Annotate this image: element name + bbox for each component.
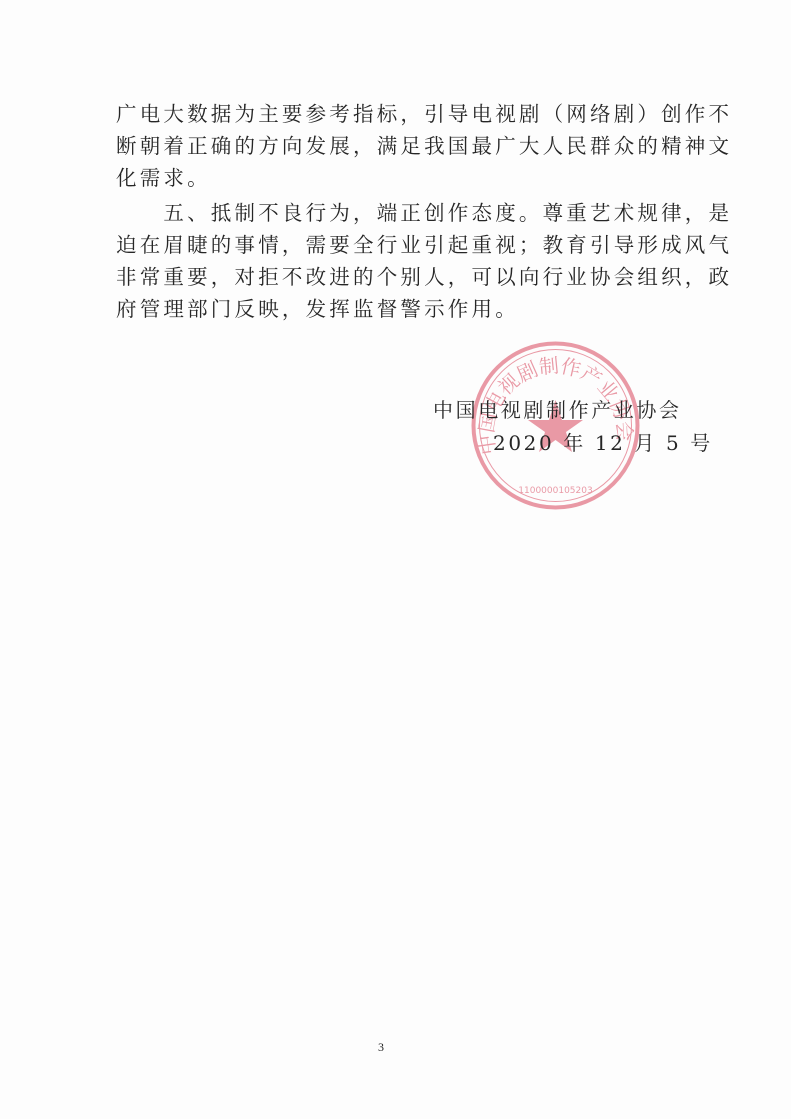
signature-date: 2020 年 12 月 5 号 bbox=[493, 427, 713, 456]
svg-text:1100000105203: 1100000105203 bbox=[518, 486, 592, 496]
signature-organization: 中国电视剧制作产业协会 bbox=[433, 394, 682, 423]
official-seal-icon: 中国电视剧制作产业协会 1100000105203 bbox=[468, 338, 643, 513]
text-line: 迫在眉睫的事情，需要全行业引起重视；教育引导形成风气 bbox=[116, 229, 676, 261]
text-line: 断朝着正确的方向发展，满足我国最广大人民群众的精神文 bbox=[116, 130, 676, 162]
text-line: 化需求。 bbox=[116, 162, 676, 194]
text-line: 五、抵制不良行为，端正创作态度。尊重艺术规律，是 bbox=[116, 197, 676, 229]
text-line: 广电大数据为主要参考指标，引导电视剧（网络剧）创作不 bbox=[116, 98, 676, 130]
text-line: 非常重要，对拒不改进的个别人，可以向行业协会组织，政 bbox=[116, 261, 676, 293]
paragraph-five: 五、抵制不良行为，端正创作态度。尊重艺术规律，是 迫在眉睫的事情，需要全行业引起… bbox=[116, 197, 676, 325]
paragraph-continued: 广电大数据为主要参考指标，引导电视剧（网络剧）创作不 断朝着正确的方向发展，满足… bbox=[116, 98, 676, 194]
page-number: 3 bbox=[378, 1040, 384, 1055]
text-line: 府管理部门反映，发挥监督警示作用。 bbox=[116, 293, 676, 325]
